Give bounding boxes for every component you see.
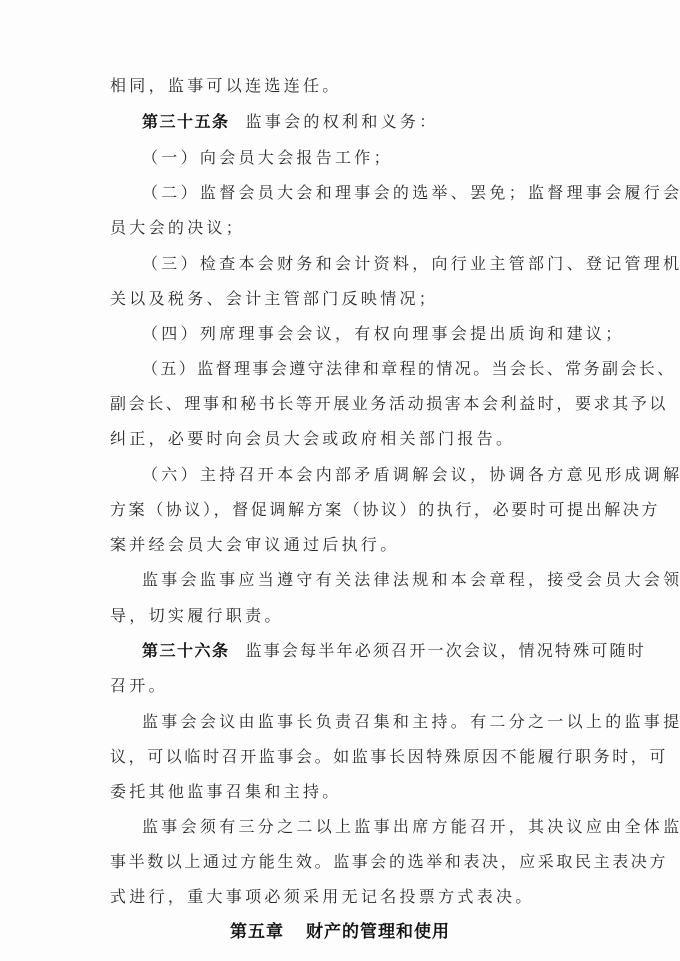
text-line: 员大会的决议； bbox=[110, 216, 582, 240]
text-line: 案并经会员大会审议通过后执行。 bbox=[110, 533, 582, 557]
text-line: （五）监督理事会遵守法律和章程的情况。当会长、常务副会长、 bbox=[142, 357, 582, 381]
article-number: 第三十六条 bbox=[142, 641, 230, 660]
text-line: （一）向会员大会报告工作； bbox=[142, 146, 582, 170]
article-number: 第三十五条 bbox=[142, 112, 230, 131]
chapter-number: 第五章 bbox=[230, 922, 284, 942]
text-line: 相同，监事可以连选连任。 bbox=[110, 74, 582, 98]
text-line: 监事会监事应当遵守有关法律法规和本会章程，接受会员大会领 bbox=[142, 568, 582, 592]
text-line: 式进行，重大事项必须采用无记名投票方式表决。 bbox=[110, 885, 582, 909]
text-line: 方案（协议），督促调解方案（协议）的执行，必要时可提出解决方 bbox=[110, 498, 582, 522]
text-line: 关以及税务、会计主管部门反映情况； bbox=[110, 287, 582, 311]
text-line: （四）列席理事会会议，有权向理事会提出质询和建议； bbox=[142, 322, 582, 346]
text-line: 副会长、理事和秘书长等开展业务活动损害本会利益时，要求其予以 bbox=[110, 392, 582, 416]
text-line: 事半数以上通过方能生效。监事会的选举和表决，应采取民主表决方 bbox=[110, 850, 582, 874]
article-36-line: 第三十六条监事会每半年必须召开一次会议，情况特殊可随时 bbox=[142, 639, 582, 663]
chapter-title: 财产的管理和使用 bbox=[306, 922, 450, 942]
text-line: 委托其他监事召集和主持。 bbox=[110, 780, 582, 804]
text-line: 召开。 bbox=[110, 674, 582, 698]
article-35-line: 第三十五条监事会的权利和义务： bbox=[142, 110, 582, 134]
text-line: 导，切实履行职责。 bbox=[110, 604, 582, 628]
text-line: （二）监督会员大会和理事会的选举、罢免；监督理事会履行会 bbox=[142, 181, 582, 205]
chapter-heading: 第五章财产的管理和使用 bbox=[0, 920, 680, 944]
text-line: （三）检查本会财务和会计资料，向行业主管部门、登记管理机 bbox=[142, 252, 582, 276]
article-text: 监事会的权利和义务： bbox=[246, 112, 439, 131]
text-line: 监事会会议由监事长负责召集和主持。有二分之一以上的监事提 bbox=[142, 710, 582, 734]
article-text: 监事会每半年必须召开一次会议，情况特殊可随时 bbox=[246, 641, 646, 660]
document-page: 相同，监事可以连选连任。 第三十五条监事会的权利和义务： （一）向会员大会报告工… bbox=[0, 0, 680, 961]
text-line: 监事会须有三分之二以上监事出席方能召开，其决议应由全体监 bbox=[142, 815, 582, 839]
text-line: 议，可以临时召开监事会。如监事长因特殊原因不能履行职务时，可 bbox=[110, 745, 582, 769]
text-line: 纠正，必要时向会员大会或政府相关部门报告。 bbox=[110, 427, 582, 451]
text-line: （六）主持召开本会内部矛盾调解会议，协调各方意见形成调解 bbox=[142, 463, 582, 487]
